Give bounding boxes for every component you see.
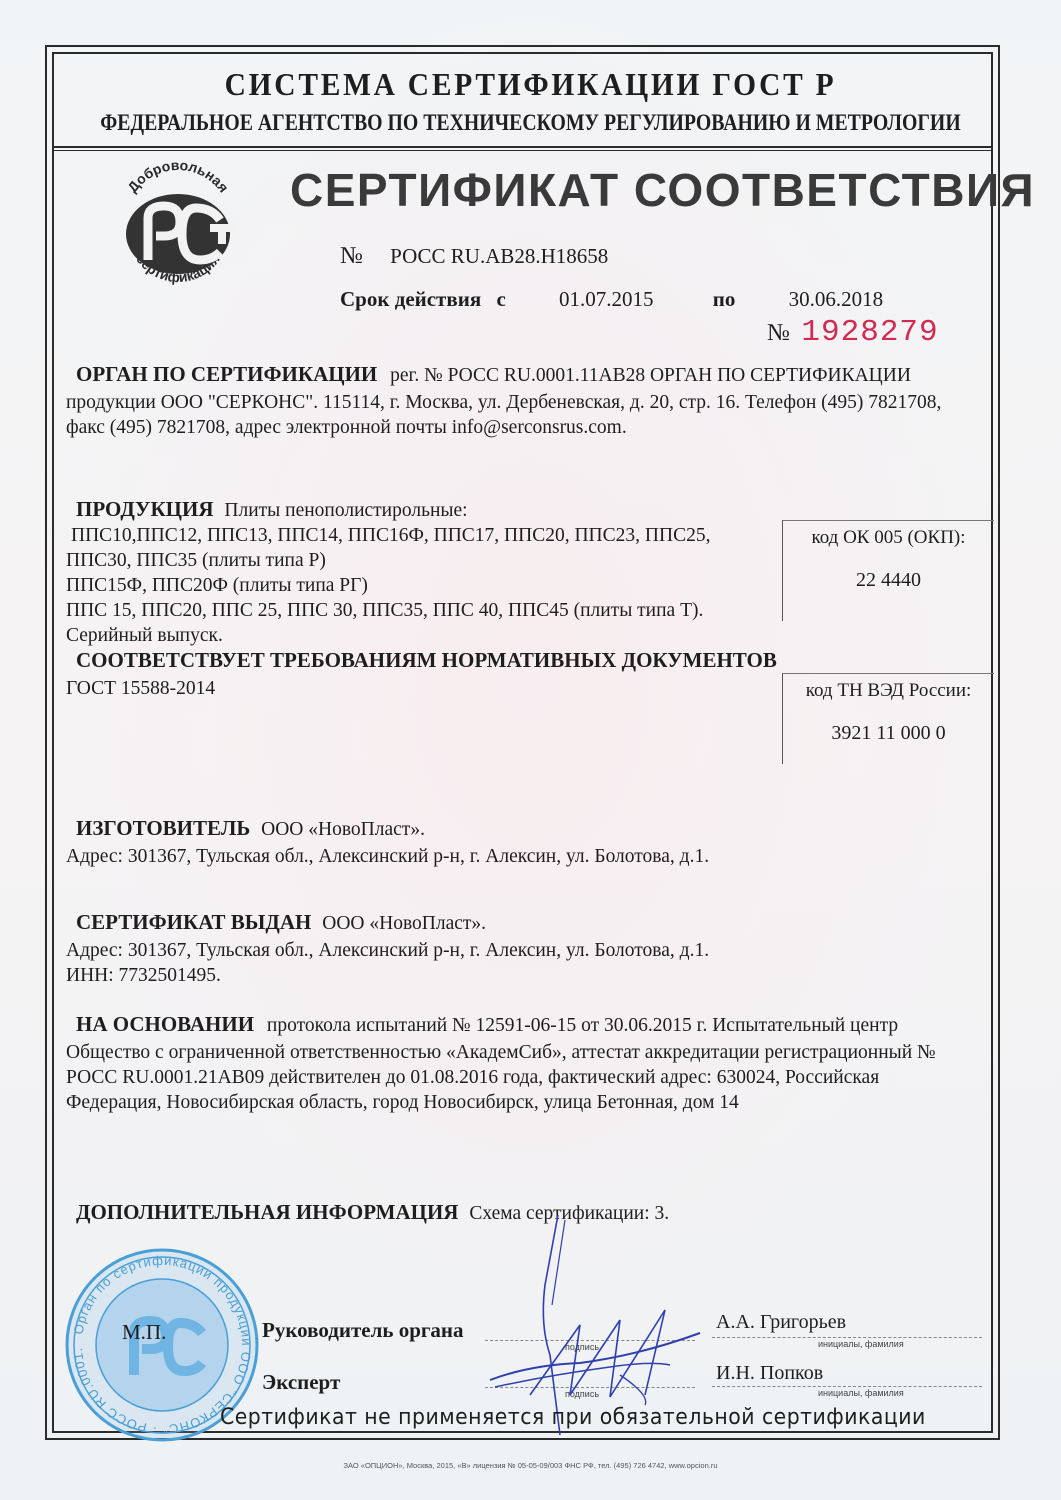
issued-to-section: СЕРТИФИКАТ ВЫДАН ООО «НовоПласт». Адрес:… — [66, 910, 966, 988]
certification-body-label: ОРГАН ПО СЕРТИФИКАЦИИ — [76, 362, 377, 386]
number-sign: № — [340, 243, 363, 269]
certificate-page: СИСТЕМА СЕРТИФИКАЦИИ ГОСТ Р ФЕДЕРАЛЬНОЕ … — [0, 0, 1061, 1500]
certificate-number-line: № РОСС RU.AB28.H18658 — [340, 243, 608, 270]
header-divider-thin — [52, 150, 993, 151]
valid-to-date: 30.06.2018 — [789, 287, 884, 311]
footer-note: Сертификат не применяется при обязательн… — [220, 1405, 926, 1430]
issued-to-label: СЕРТИФИКАТ ВЫДАН — [76, 910, 311, 934]
valid-from-date: 01.07.2015 — [559, 287, 654, 311]
svg-text:Добровольная: Добровольная — [124, 160, 232, 195]
issued-to-name: ООО «НовоПласт». — [322, 913, 486, 934]
system-title: СИСТЕМА СЕРТИФИКАЦИИ ГОСТ Р — [42, 66, 1018, 103]
conformity-section: СООТВЕТСТВУЕТ ТРЕБОВАНИЯМ НОРМАТИВНЫХ ДО… — [66, 648, 786, 701]
issued-to-address: Адрес: 301367, Тульская обл., Алексински… — [66, 938, 966, 963]
product-section: ПРОДУКЦИЯ Плиты пенополистирольные: ППС1… — [66, 497, 786, 648]
product-line: ППС15Ф, ППС20Ф (плиты типа РГ) — [66, 573, 786, 598]
product-line: ППС 15, ППС20, ППС 25, ППС 30, ППС35, ПП… — [66, 598, 786, 623]
basis-line3: РОСС RU.0001.21АВ09 действителен до 01.0… — [66, 1065, 986, 1090]
head-name-line — [712, 1337, 982, 1338]
blank-number-sign: № — [767, 320, 790, 346]
head-of-body-label: Руководитель органа — [262, 1318, 464, 1343]
blank-number: 1928279 — [801, 315, 938, 350]
certification-body-line1: рег. № РОСС RU.0001.11АВ28 ОРГАН ПО СЕРТ… — [390, 365, 911, 386]
basis-label: НА ОСНОВАНИИ — [76, 1012, 254, 1036]
expert-label: Эксперт — [262, 1370, 340, 1395]
conformity-label: СООТВЕТСТВУЕТ ТРЕБОВАНИЯМ НОРМАТИВНЫХ ДО… — [66, 648, 786, 673]
issued-to-inn: ИНН: 7732501495. — [66, 963, 966, 988]
certificate-title: СЕРТИФИКАТ СООТВЕТСТВИЯ — [290, 163, 1035, 217]
certification-body-section: ОРГАН ПО СЕРТИФИКАЦИИ рег. № РОСС RU.000… — [66, 362, 966, 440]
product-line: Серийный выпуск. — [66, 623, 786, 648]
manufacturer-name: ООО «НовоПласт». — [261, 819, 425, 840]
okp-code-box: код ОК 005 (ОКП): 22 4440 — [782, 520, 994, 621]
head-name-caption: инициалы, фамилия — [818, 1339, 904, 1349]
additional-info-label: ДОПОЛНИТЕЛЬНАЯ ИНФОРМАЦИЯ — [76, 1200, 458, 1224]
stamp-place-label: М.П. — [122, 1320, 166, 1345]
basis-line2: Общество с ограниченной ответственностью… — [66, 1040, 986, 1065]
tnved-code-box: код ТН ВЭД России: 3921 11 000 0 — [782, 673, 994, 764]
validity-label: Срок действия — [340, 287, 481, 311]
conformity-standard: ГОСТ 15588-2014 — [66, 676, 786, 701]
okp-code-value: 22 4440 — [783, 569, 994, 592]
printer-info: ЗАО «ОПЦИОН», Москва, 2015, «В» лицензия… — [0, 1461, 1061, 1470]
basis-line4: Федерация, Новосибирская область, город … — [66, 1090, 986, 1115]
manufacturer-address: Адрес: 301367, Тульская обл., Алексински… — [66, 844, 966, 869]
expert-name-caption: инициалы, фамилия — [818, 1388, 904, 1398]
product-title: Плиты пенополистирольные: — [224, 500, 467, 521]
header-divider — [52, 146, 993, 148]
certification-body-line2: продукции ООО "СЕРКОНС". 115114, г. Моск… — [66, 390, 966, 415]
product-line: ППС10,ППС12, ППС13, ППС14, ППС16Ф, ППС17… — [66, 523, 786, 548]
manufacturer-label: ИЗГОТОВИТЕЛЬ — [76, 816, 250, 840]
validity-to-label: по — [713, 287, 736, 311]
head-name: А.А. Григорьев — [716, 1310, 846, 1335]
okp-code-label: код ОК 005 (ОКП): — [783, 527, 994, 549]
rst-logo-icon: Добровольная сертификация — [108, 160, 248, 300]
product-line: ППС30, ППС35 (плиты типа Р) — [66, 548, 786, 573]
basis-line1: протокола испытаний № 12591-06-15 от 30.… — [267, 1015, 898, 1036]
validity-line: Срок действия с 01.07.2015 по 30.06.2018 — [340, 287, 883, 312]
agency-title: ФЕДЕРАЛЬНОЕ АГЕНТСТВО ПО ТЕХНИЧЕСКОМУ РЕ… — [74, 110, 986, 136]
tnved-code-label: код ТН ВЭД России: — [783, 680, 994, 702]
basis-section: НА ОСНОВАНИИ протокола испытаний № 12591… — [66, 1012, 986, 1115]
certification-body-line3: факс (495) 7821708, адрес электронной по… — [66, 415, 966, 440]
blank-number-line: № 1928279 — [767, 315, 939, 350]
validity-from-label: с — [496, 287, 505, 311]
certificate-number: РОСС RU.AB28.H18658 — [390, 244, 608, 268]
expert-name-line — [712, 1386, 982, 1387]
tnved-code-value: 3921 11 000 0 — [783, 722, 994, 745]
product-label: ПРОДУКЦИЯ — [76, 497, 214, 521]
manufacturer-section: ИЗГОТОВИТЕЛЬ ООО «НовоПласт». Адрес: 301… — [66, 816, 966, 869]
expert-name: И.Н. Попков — [716, 1361, 823, 1386]
